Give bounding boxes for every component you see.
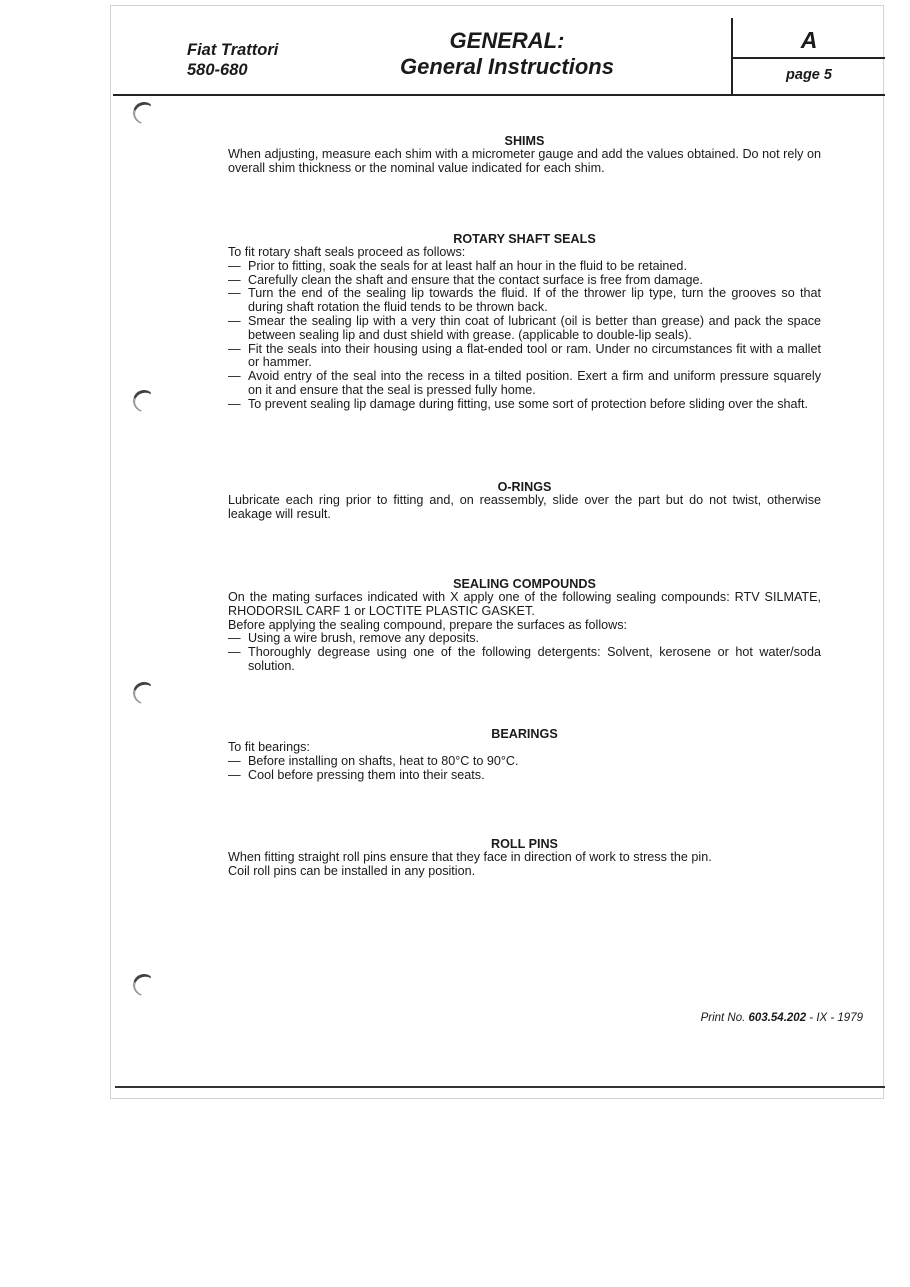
section-paragraph: Before applying the sealing compound, pr… xyxy=(228,619,821,633)
bullet-list: —Before installing on shafts, heat to 80… xyxy=(228,755,821,783)
header-title-block: GENERAL: General Instructions xyxy=(357,28,657,80)
section-shims: SHIMS When adjusting, measure each shim … xyxy=(228,134,821,176)
list-item: —Turn the end of the sealing lip towards… xyxy=(228,287,821,315)
header-rule xyxy=(113,94,885,96)
list-item: —Carefully clean the shaft and ensure th… xyxy=(228,274,821,288)
section-roll-pins: ROLL PINS When fitting straight roll pin… xyxy=(228,837,821,879)
list-item: —Before installing on shafts, heat to 80… xyxy=(228,755,821,769)
section-bearings: BEARINGS To fit bearings: —Before instal… xyxy=(228,727,821,782)
list-item: —Cool before pressing them into their se… xyxy=(228,769,821,783)
list-item: —Fit the seals into their housing using … xyxy=(228,343,821,371)
list-item: —Thoroughly degrease using one of the fo… xyxy=(228,646,821,674)
publisher-name: Fiat Trattori xyxy=(187,40,278,60)
header-publisher-block: Fiat Trattori 580-680 xyxy=(187,40,278,80)
model-numbers: 580-680 xyxy=(187,60,278,80)
section-paragraph: When adjusting, measure each shim with a… xyxy=(228,148,821,176)
list-item: —Avoid entry of the seal into the recess… xyxy=(228,370,821,398)
binding-hole-icon xyxy=(130,971,158,999)
section-paragraph: When fitting straight roll pins ensure t… xyxy=(228,851,821,865)
section-letter: A xyxy=(733,27,885,54)
binding-hole-icon xyxy=(130,387,158,415)
list-item: —Using a wire brush, remove any deposits… xyxy=(228,632,821,646)
footer-rule xyxy=(115,1086,885,1088)
section-heading: BEARINGS xyxy=(228,727,821,741)
document-page: Fiat Trattori 580-680 GENERAL: General I… xyxy=(110,5,884,1099)
section-paragraph: On the mating surfaces indicated with X … xyxy=(228,591,821,619)
section-paragraph: Lubricate each ring prior to fitting and… xyxy=(228,494,821,522)
print-code: 603.54.202 xyxy=(749,1012,807,1024)
section-paragraph: Coil roll pins can be installed in any p… xyxy=(228,865,821,879)
list-item: —To prevent sealing lip damage during fi… xyxy=(228,398,821,412)
list-item: —Prior to fitting, soak the seals for at… xyxy=(228,260,821,274)
chapter-subtitle: General Instructions xyxy=(357,54,657,80)
section-sealing-compounds: SEALING COMPOUNDS On the mating surfaces… xyxy=(228,577,821,674)
section-heading: SEALING COMPOUNDS xyxy=(228,577,821,591)
bullet-list: —Using a wire brush, remove any deposits… xyxy=(228,632,821,673)
binding-hole-icon xyxy=(130,679,158,707)
section-heading: SHIMS xyxy=(228,134,821,148)
section-heading: O-RINGS xyxy=(228,480,821,494)
section-paragraph: To fit bearings: xyxy=(228,741,821,755)
header-divider-box xyxy=(732,57,885,59)
page-number: page 5 xyxy=(733,67,885,83)
section-heading: ROTARY SHAFT SEALS xyxy=(228,232,821,246)
bullet-list: —Prior to fitting, soak the seals for at… xyxy=(228,260,821,412)
section-heading: ROLL PINS xyxy=(228,837,821,851)
section-paragraph: To fit rotary shaft seals proceed as fol… xyxy=(228,246,821,260)
binding-hole-icon xyxy=(130,99,158,127)
section-rotary-shaft-seals: ROTARY SHAFT SEALS To fit rotary shaft s… xyxy=(228,232,821,412)
list-item: —Smear the sealing lip with a very thin … xyxy=(228,315,821,343)
print-number: Print No. 603.54.202 - IX - 1979 xyxy=(701,1012,863,1024)
section-o-rings: O-RINGS Lubricate each ring prior to fit… xyxy=(228,480,821,522)
chapter-title: GENERAL: xyxy=(357,28,657,54)
